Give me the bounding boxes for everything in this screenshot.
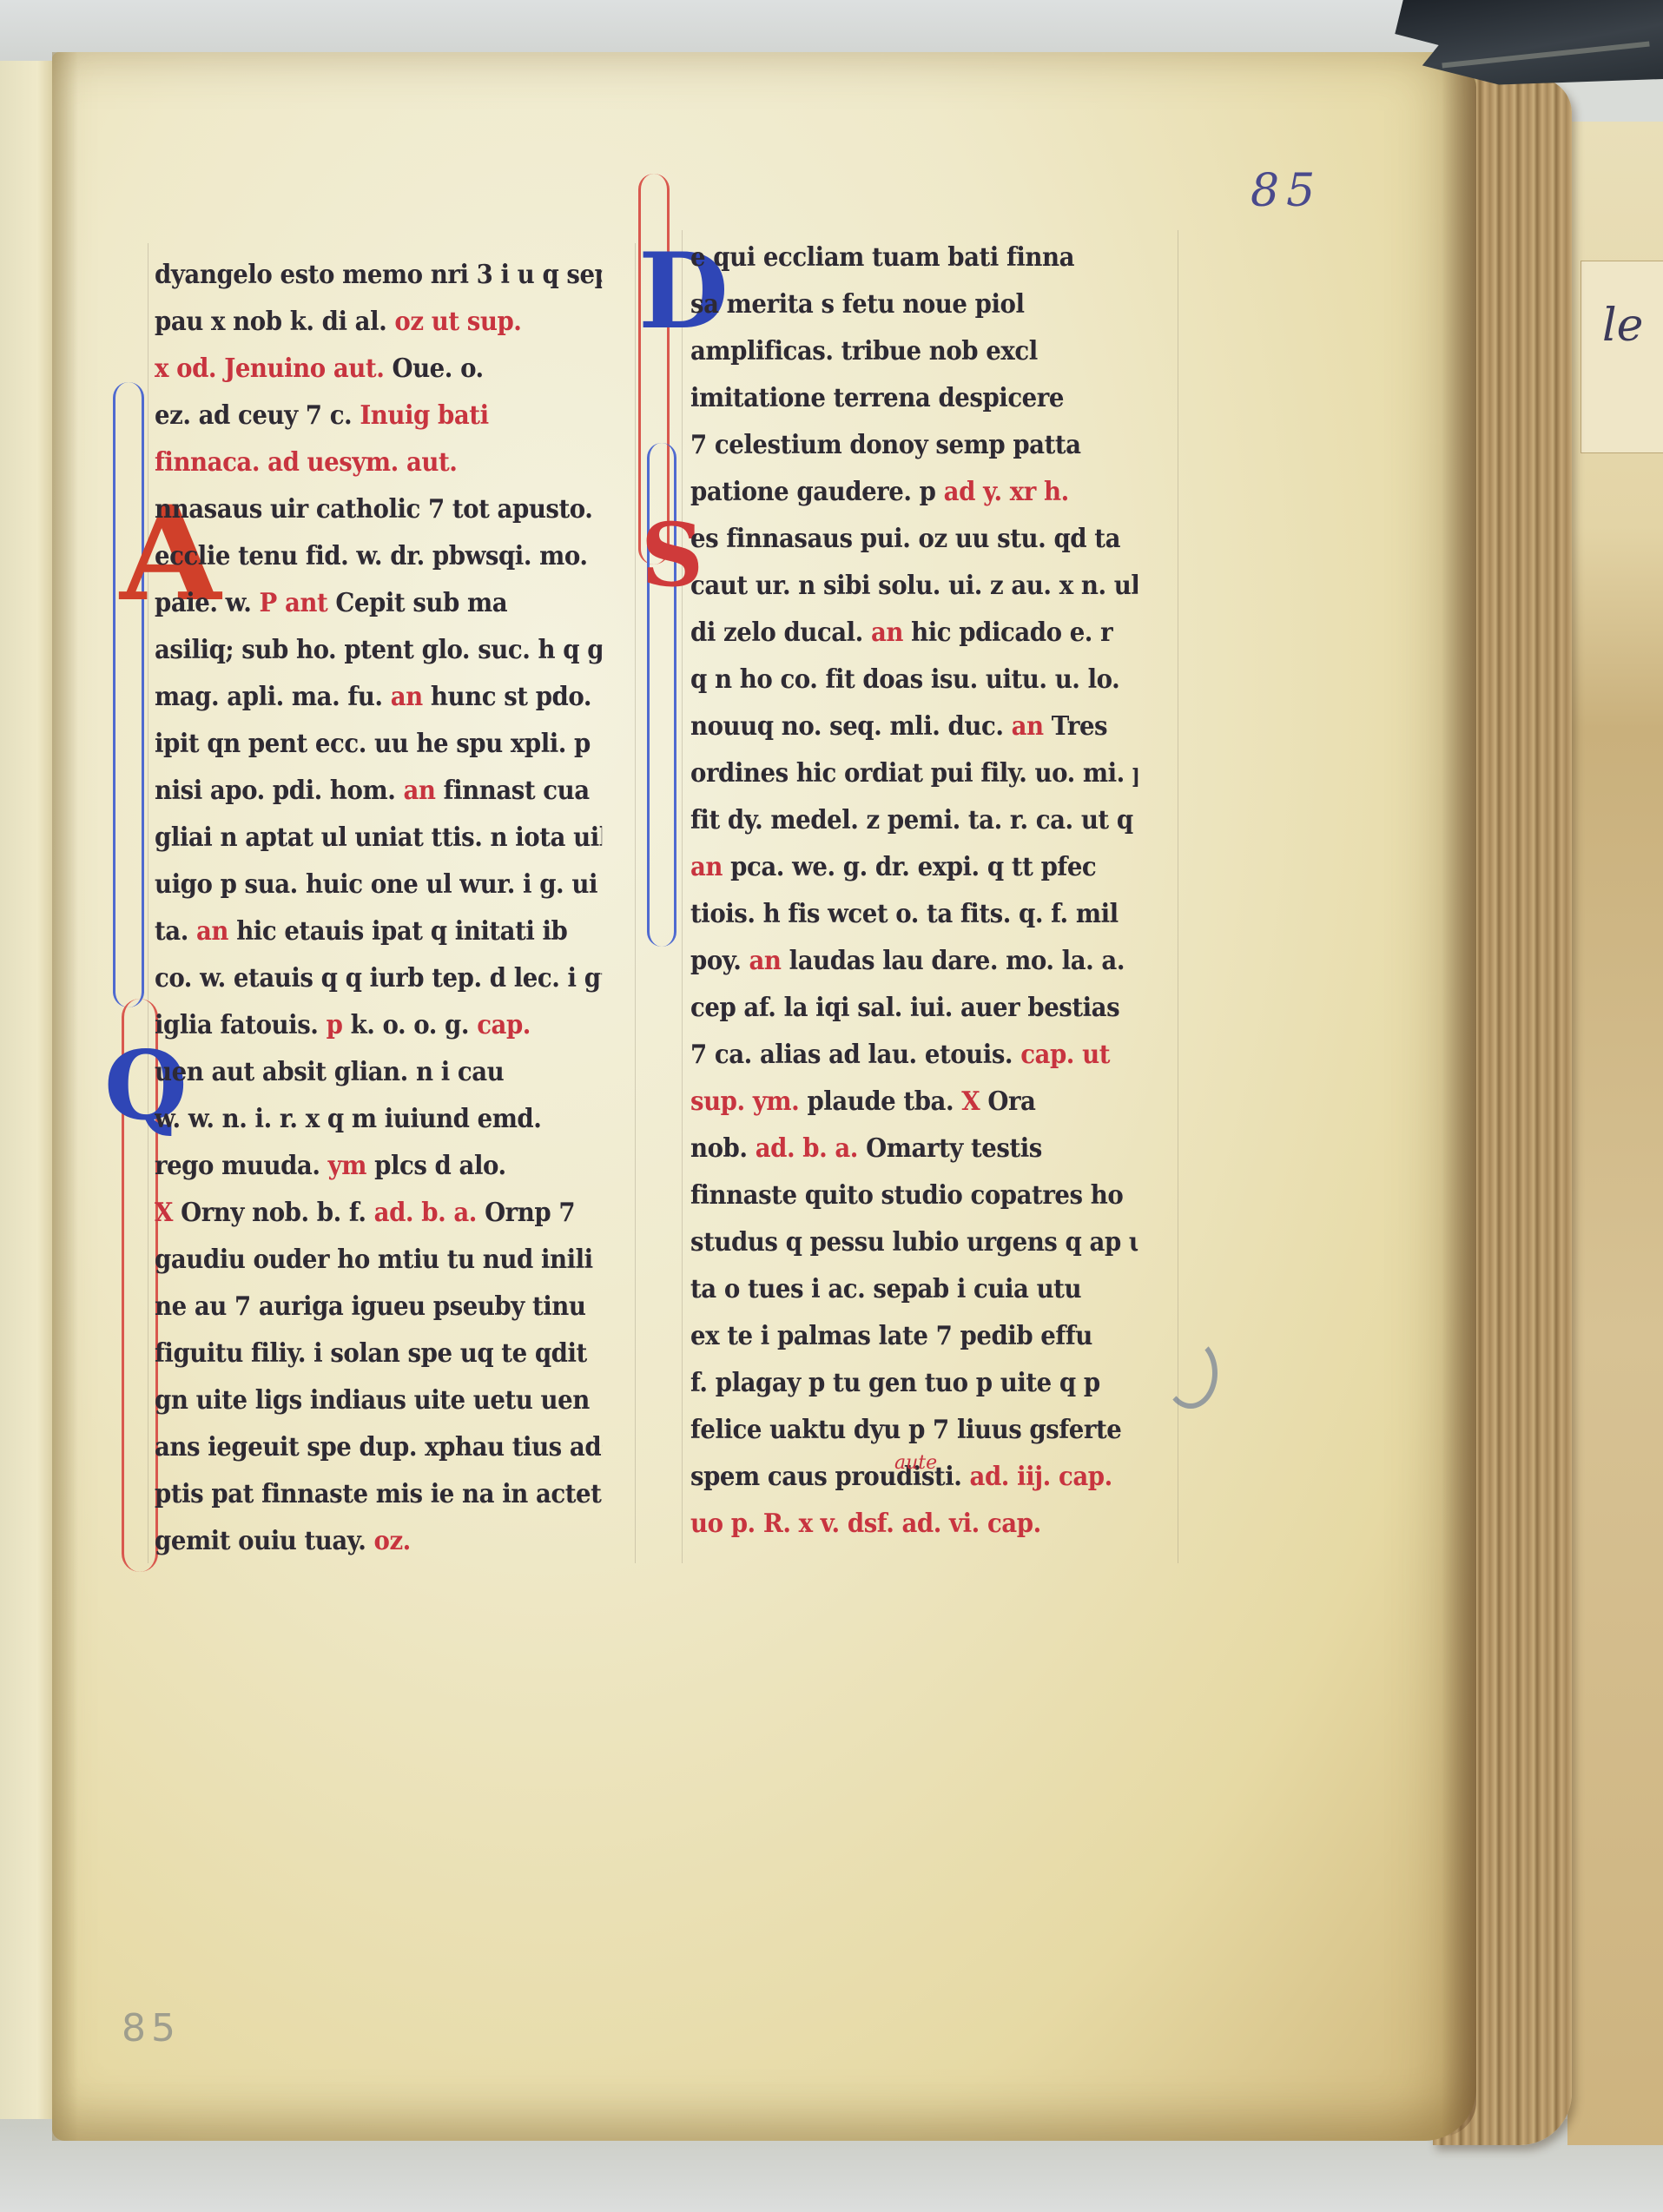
body-text: es finnasaus pui. oz uu stu. qd ta: [690, 524, 1120, 554]
body-text: ne au 7 auriga igueu pseuby tinu: [155, 1291, 586, 1322]
body-text: nouuq no. seq. mli. duc.: [690, 711, 1012, 742]
body-text: poy.: [690, 946, 749, 976]
text-line: x od. Jenuino aut. Oue. o.: [155, 346, 602, 393]
rubric-text: an: [871, 617, 903, 648]
body-text: nnasaus uir catholic 7 tot apusto.: [155, 494, 592, 525]
text-line: ex te i palmas late 7 pedib effu: [690, 1313, 1138, 1360]
rubric-text: an: [404, 776, 436, 806]
body-text: 7 ca. alias ad lau. etouis.: [690, 1040, 1020, 1070]
body-text: ta o tues i ac. sepab i cuia utu: [690, 1274, 1081, 1304]
body-text: Omarty testis: [858, 1133, 1042, 1164]
text-line: caut ur. n sibi solu. ui. z au. x n. ult: [690, 563, 1138, 610]
body-text: pau x nob k. di al.: [155, 307, 394, 337]
page-gutter: [52, 52, 78, 2141]
body-text: patione gaudere. p: [690, 477, 944, 507]
text-line: finnaste quito studio copatres ho: [690, 1172, 1138, 1219]
text-line: studus q pessu lubio urgens q ap uu: [690, 1219, 1138, 1266]
body-text: ta.: [155, 916, 196, 947]
body-text: laudas lau dare. mo. la. a.: [782, 946, 1125, 976]
text-line: pau x nob k. di al. oz ut sup.: [155, 299, 602, 346]
body-text: 7 celestium donoy semp patta: [690, 430, 1081, 460]
body-text: di zelo ducal.: [690, 617, 871, 648]
body-text: caut ur. n sibi solu. ui. z au. x n. ult: [690, 571, 1138, 601]
body-text: Oue. o.: [384, 353, 483, 384]
text-line: rego muuda. ym plcs d alo.: [155, 1143, 602, 1190]
body-text: ordines hic ordiat pui fily. uo. mi. pa.: [690, 758, 1138, 789]
body-text: finnast cua: [436, 776, 590, 806]
body-text: Cepit sub ma: [327, 588, 507, 618]
body-text: ex te i palmas late 7 pedib effu: [690, 1321, 1092, 1351]
body-text: gliai n aptat ul uniat ttis. n iota uil: [155, 822, 602, 853]
body-text: plcs d alo.: [366, 1151, 506, 1181]
body-text: fit dy. medel. z pemi. ta. r. ca. ut q i…: [690, 805, 1138, 835]
body-text: gn uite ligs indiaus uite uetu uen: [155, 1385, 590, 1416]
text-line: cep af. la iqi sal. iui. auer bestias: [690, 985, 1138, 1032]
text-line: ta o tues i ac. sepab i cuia utu: [690, 1266, 1138, 1313]
rubric-text: an: [749, 946, 782, 976]
rubric-text: x od. Jenuino aut.: [155, 353, 384, 384]
rubric-text: an: [391, 682, 423, 712]
body-text: hic pdicado e. r: [903, 617, 1112, 648]
body-text: imitatione terrena despicere: [690, 383, 1064, 413]
text-line: poy. an laudas lau dare. mo. la. a.: [690, 938, 1138, 985]
text-line: co. w. etauis q q iurb tep. d lec. i gu: [155, 955, 602, 1002]
text-line: figuitu filiy. i solan spe uq te qdit: [155, 1331, 602, 1377]
rubric-text: an: [1012, 711, 1044, 742]
body-text: uigo p sua. huic one ul wur. i g. ui ar: [155, 869, 602, 900]
body-text: Ornp 7: [477, 1198, 575, 1228]
text-line: finnaca. ad uesym. aut.: [155, 439, 602, 486]
body-text: figuitu filiy. i solan spe uq te qdit: [155, 1338, 587, 1369]
text-line: fit dy. medel. z pemi. ta. r. ca. ut q i…: [690, 797, 1138, 844]
body-text: dyangelo esto memo nri 3 i u q sep: [155, 260, 602, 290]
text-line: tiois. h fis wcet o. ta fits. q. f. mil: [690, 891, 1138, 938]
text-line: nouuq no. seq. mli. duc. an Tres: [690, 703, 1138, 750]
body-text: ecclie tenu fid. w. dr. pbwsqi. mo.: [155, 541, 587, 571]
text-line: amplificas. tribue nob excl: [690, 328, 1138, 375]
text-line: nnasaus uir catholic 7 tot apusto.: [155, 486, 602, 533]
text-line: dyangelo esto memo nri 3 i u q sep: [155, 252, 602, 299]
body-text: asiliq; sub ho. ptent glo. suc. h q gg.: [155, 635, 602, 665]
body-text: tiois. h fis wcet o. ta fits. q. f. mil: [690, 899, 1119, 929]
text-line: gemit ouiu tuay. oz.: [155, 1518, 602, 1565]
body-text: hunc st pdo.: [423, 682, 591, 712]
body-text: ez. ad ceuy 7 c.: [155, 400, 360, 431]
rubric-text: P ant: [260, 588, 328, 618]
rubric-text: oz.: [374, 1526, 411, 1556]
text-line: gliai n aptat ul uniat ttis. n iota uil: [155, 815, 602, 862]
text-line: nob. ad. b. a. Omarty testis: [690, 1126, 1138, 1172]
rubric-text: ym: [328, 1151, 366, 1181]
rubric-text: cap.: [477, 1010, 531, 1040]
rubric-text: ad. iij. cap.: [970, 1462, 1112, 1492]
text-line: X Orny nob. b. f. ad. b. a. Ornp 7: [155, 1190, 602, 1237]
body-text: co. w. etauis q q iurb tep. d lec. i gu: [155, 963, 602, 994]
text-line: ecclie tenu fid. w. dr. pbwsqi. mo.: [155, 533, 602, 580]
body-text: ptis pat finnaste mis ie na in actet: [155, 1479, 601, 1509]
text-line: paie. w. P ant Cepit sub ma: [155, 580, 602, 627]
body-text: f. plagay p tu gen tuo p uite q p: [690, 1368, 1100, 1398]
body-text: cep af. la iqi sal. iui. auer bestias: [690, 993, 1119, 1023]
rubric-text: oz ut sup.: [394, 307, 521, 337]
body-text: q n ho co. fit doas isu. uitu. u. lo.: [690, 664, 1119, 695]
text-line: ez. ad ceuy 7 c. Inuig bati: [155, 393, 602, 439]
body-text: pca. we. g. dr. expi. q tt pfec: [723, 852, 1096, 882]
body-text: hic etauis ipat q initati ib: [228, 916, 567, 947]
text-line: ordines hic ordiat pui fily. uo. mi. pa.: [690, 750, 1138, 797]
body-text: iglia fatouis.: [155, 1010, 327, 1040]
text-line: 7 ca. alias ad lau. etouis. cap. ut: [690, 1032, 1138, 1079]
body-text: ans iegeuit spe dup. xphau tius adstn: [155, 1432, 602, 1463]
text-line: w. w. n. i. r. x q m iuiund emd.: [155, 1096, 602, 1143]
body-text: ipit qn pent ecc. uu he spu xpli. p: [155, 729, 591, 759]
body-text: amplificas. tribue nob excl: [690, 336, 1038, 366]
text-line: mag. apli. ma. fu. an hunc st pdo.: [155, 674, 602, 721]
text-line: an pca. we. g. dr. expi. q tt pfec: [690, 844, 1138, 891]
text-line: ipit qn pent ecc. uu he spu xpli. p: [155, 721, 602, 768]
folio-number-bottom: 85: [122, 2006, 181, 2050]
text-line: sup. ym. plaude tba. X Ora: [690, 1079, 1138, 1126]
body-text: nisi apo. pdi. hom.: [155, 776, 404, 806]
body-text: mag. apli. ma. fu.: [155, 682, 391, 712]
body-text: felice uaktu dyu p 7 liuus gsferte: [690, 1415, 1121, 1445]
rubric-text: ad y. xr h.: [944, 477, 1069, 507]
text-line: di zelo ducal. an hic pdicado e. r: [690, 610, 1138, 657]
folio-number-top: 85: [1251, 165, 1322, 217]
body-text: e qui eccliam tuam bati finna: [690, 242, 1074, 273]
rubric-text: ad. b. a.: [374, 1198, 477, 1228]
rubric-text: ad. b. a.: [756, 1133, 858, 1164]
spine-label-text: le: [1602, 300, 1643, 352]
rubric-text: finnaca. ad uesym. aut.: [155, 447, 457, 478]
text-line: uen aut absit glian. n i cau: [155, 1049, 602, 1096]
body-text: sa merita s fetu noue piol: [690, 289, 1025, 320]
text-line: f. plagay p tu gen tuo p uite q p: [690, 1360, 1138, 1407]
body-text: gaudiu ouder ho mtiu tu nud inili: [155, 1245, 593, 1275]
rubric-text: p: [327, 1010, 343, 1040]
body-text: rego muuda.: [155, 1151, 328, 1181]
text-line: nisi apo. pdi. hom. an finnast cua: [155, 768, 602, 815]
rubric-text: Inuig bati: [360, 400, 488, 431]
body-text: Tres: [1044, 711, 1107, 742]
body-text: plaude tba.: [807, 1086, 961, 1117]
body-text: finnaste quito studio copatres ho: [690, 1180, 1123, 1211]
rubric-text: an: [690, 852, 723, 882]
text-line: uigo p sua. huic one ul wur. i g. ui ar: [155, 862, 602, 908]
page-edge-shadow: [1442, 69, 1476, 2136]
rubric-text: an: [196, 916, 228, 947]
body-text: studus q pessu lubio urgens q ap uu: [690, 1227, 1138, 1258]
text-line: asiliq; sub ho. ptent glo. suc. h q gg.: [155, 627, 602, 674]
text-line: iglia fatouis. p k. o. o. g. cap.: [155, 1002, 602, 1049]
body-text: nob.: [690, 1133, 756, 1164]
body-text: Ora: [980, 1086, 1035, 1117]
text-line: 7 celestium donoy semp patta: [690, 422, 1138, 469]
spine-label: [1581, 261, 1663, 453]
body-text: paie. w.: [155, 588, 260, 618]
text-line: ne au 7 auriga igueu pseuby tinu: [155, 1284, 602, 1331]
interlinear-red-note: aute: [894, 1452, 937, 1474]
text-line: uo p. R. x v. dsf. ad. vi. cap.: [690, 1501, 1138, 1548]
body-text: k. o. o. g.: [342, 1010, 477, 1040]
text-line: imitatione terrena despicere: [690, 375, 1138, 422]
rubric-text: uo p. R. x v. dsf. ad. vi. cap.: [690, 1509, 1041, 1539]
blue-flourish-left: [113, 382, 144, 1007]
text-line: e qui eccliam tuam bati finna: [690, 234, 1138, 281]
rubric-text: X: [961, 1086, 980, 1117]
text-line: ta. an hic etauis ipat q initati ib: [155, 908, 602, 955]
rubric-text: cap. ut: [1020, 1040, 1110, 1070]
rubric-text: sup. ym.: [690, 1086, 807, 1117]
body-text: gemit ouiu tuay.: [155, 1526, 374, 1556]
text-line: sa merita s fetu noue piol: [690, 281, 1138, 328]
text-line: ans iegeuit spe dup. xphau tius adstn: [155, 1424, 602, 1471]
rubric-text: X: [155, 1198, 173, 1228]
body-text: uen aut absit glian. n i cau: [155, 1057, 504, 1087]
body-text: w. w. n. i. r. x q m iuiund emd.: [155, 1104, 541, 1134]
text-line: patione gaudere. p ad y. xr h.: [690, 469, 1138, 516]
text-line: felice uaktu dyu p 7 liuus gsferte: [690, 1407, 1138, 1454]
text-column-a: dyangelo esto memo nri 3 i u q seppau x …: [155, 252, 641, 1565]
text-line: es finnasaus pui. oz uu stu. qd ta: [690, 516, 1138, 563]
text-column-b: e qui eccliam tuam bati finnasa merita s…: [690, 234, 1177, 1548]
text-line: q n ho co. fit doas isu. uitu. u. lo.: [690, 657, 1138, 703]
text-line: gn uite ligs indiaus uite uetu uen: [155, 1377, 602, 1424]
text-line: ptis pat finnaste mis ie na in actet: [155, 1471, 602, 1518]
body-text: Orny nob. b. f.: [173, 1198, 374, 1228]
text-line: gaudiu ouder ho mtiu tu nud inili: [155, 1237, 602, 1284]
